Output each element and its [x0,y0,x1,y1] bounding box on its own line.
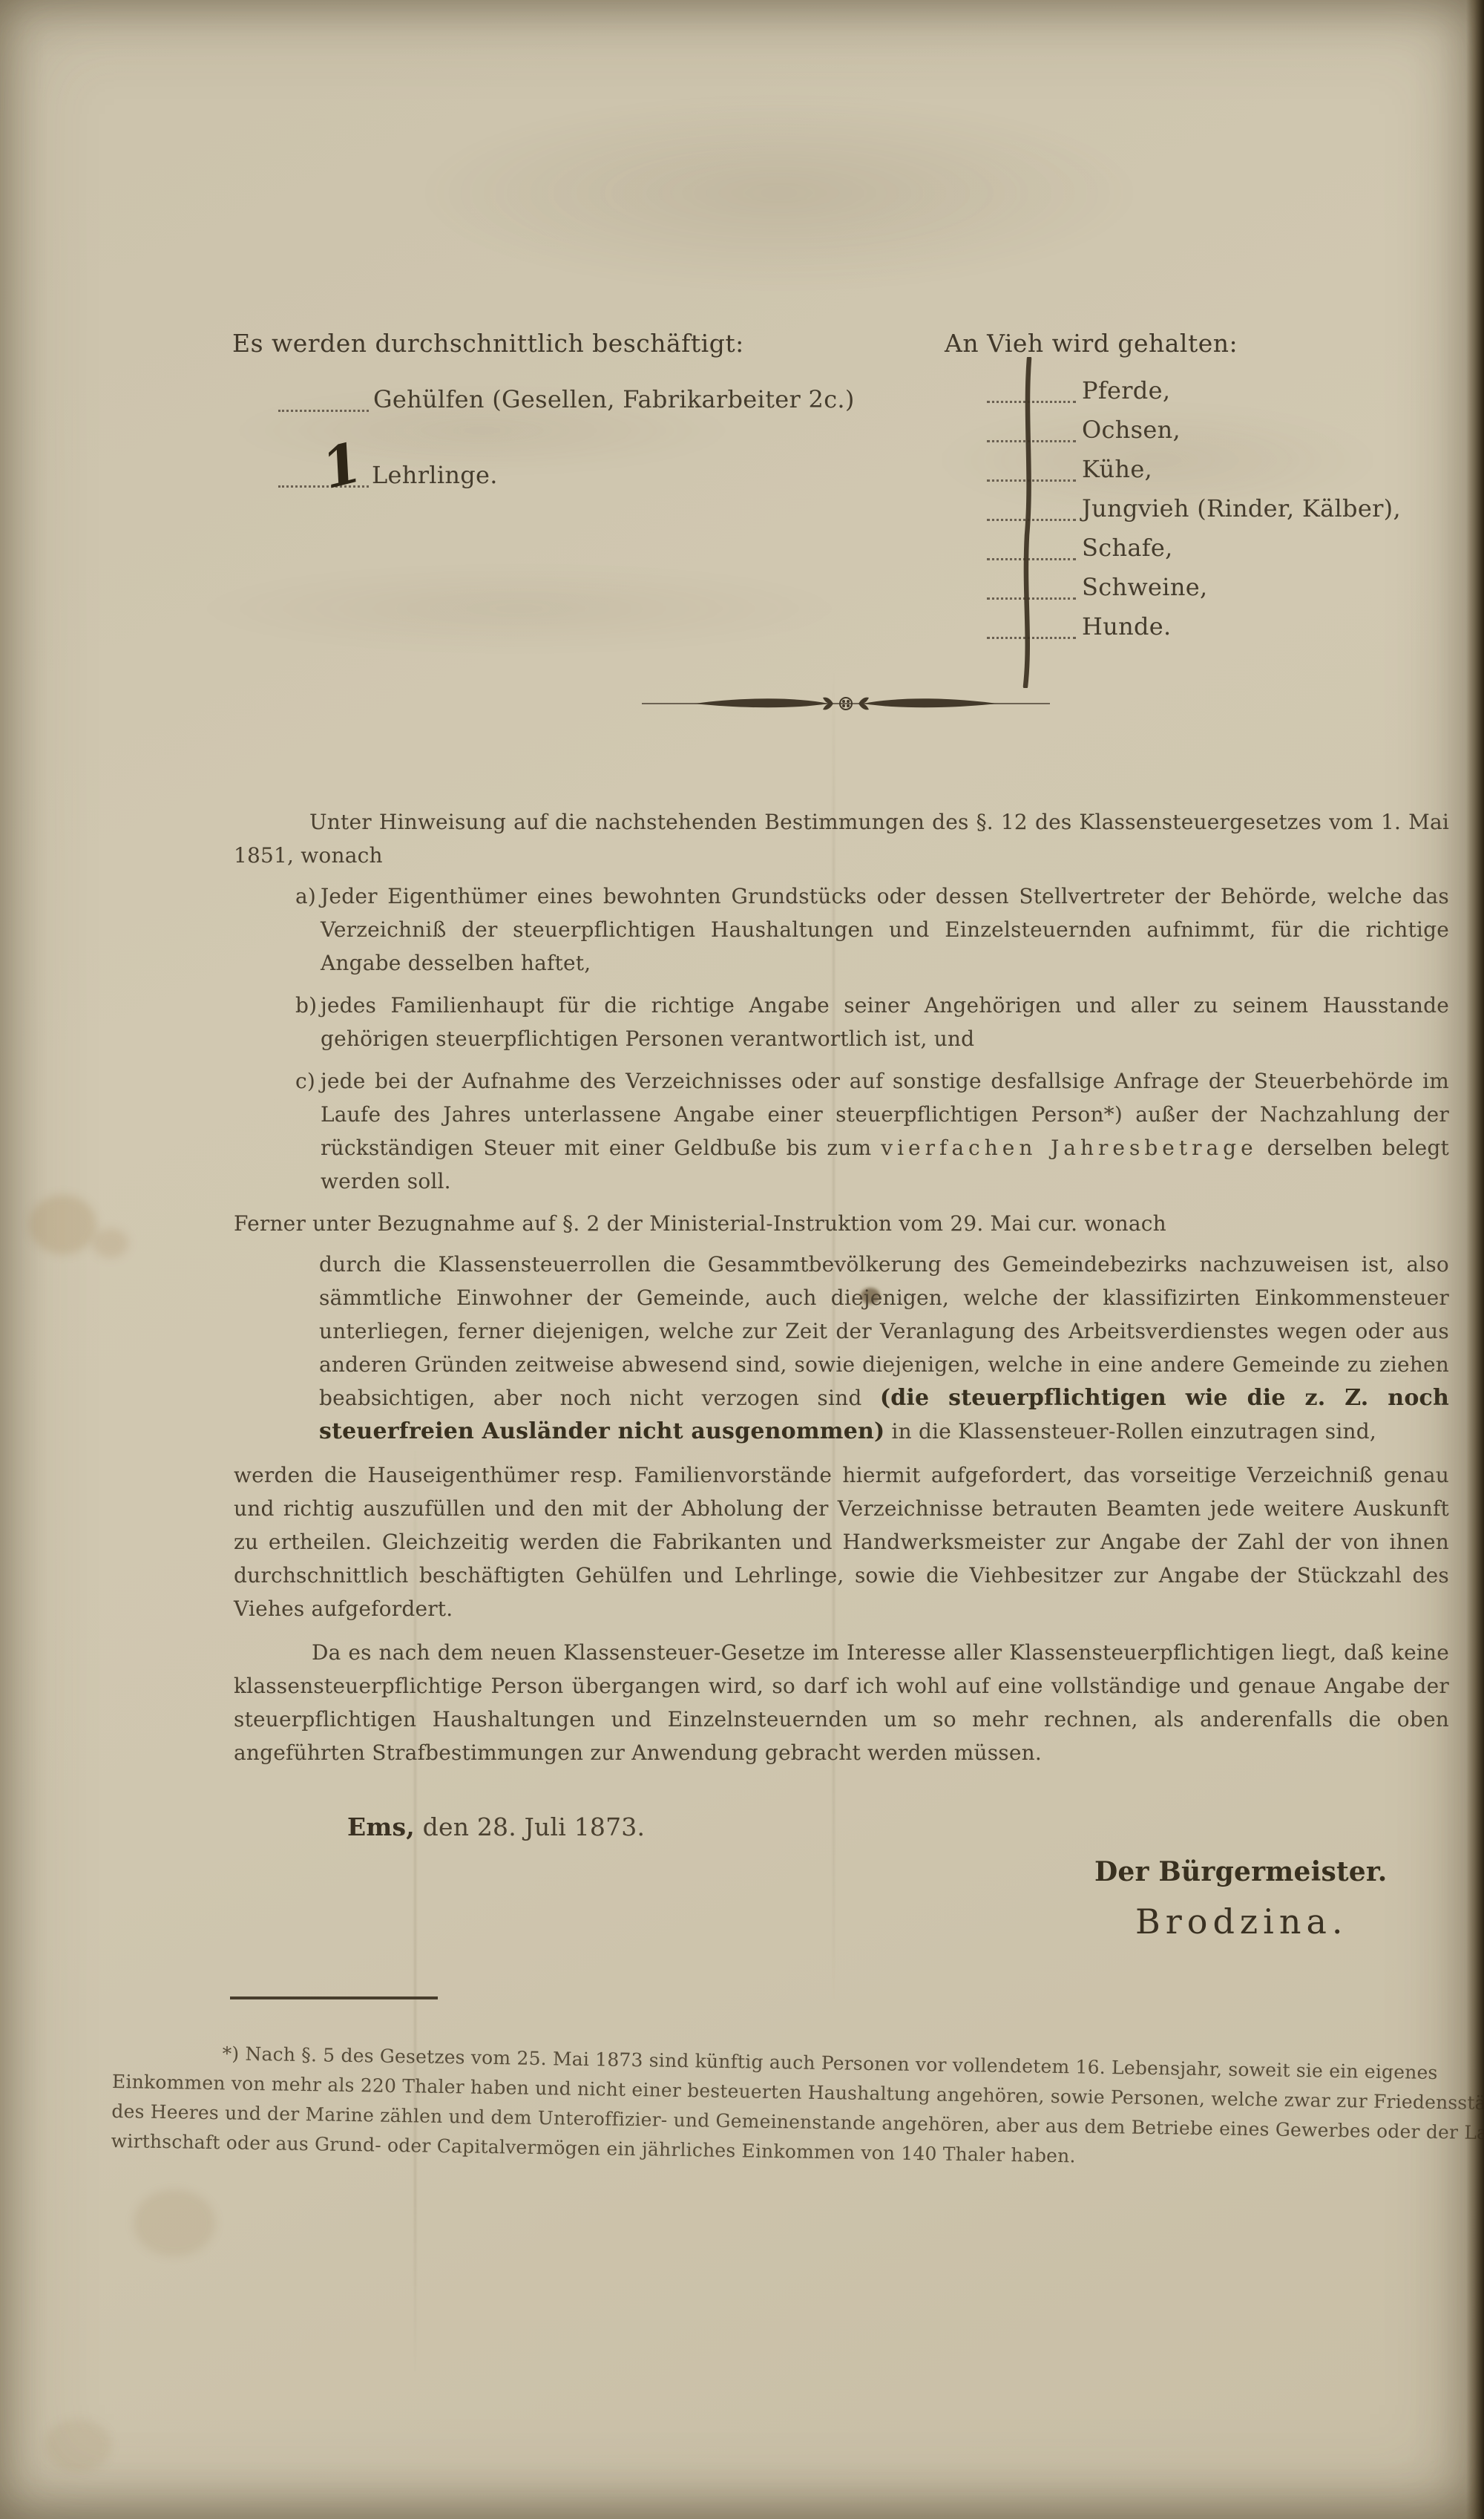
pen-stroke-mark [1013,357,1045,688]
page-edge-shadow [1466,0,1484,2519]
scanned-document-page: Es werden durchschnittlich beschäftigt: … [0,0,1484,2519]
dateline: Ems, den 28. Juli 1873. [347,1810,1449,1844]
bleedthrough-smudge [416,96,1143,289]
clause-c-marker: c) [295,1064,315,1098]
handwritten-count: 1 [317,435,367,497]
clause-a: a) Jeder Eigenthümer eines bewohnten Gru… [234,879,1449,980]
employment-heading: Es werden durchschnittlich beschäftigt: [232,329,900,358]
livestock-heading: An Vieh wird gehalten: [945,329,1464,358]
paper-stain [93,1228,128,1258]
divider-ornament [642,689,1050,718]
instruction-paragraph: durch die Klassensteuerrollen die Gesamm… [319,1248,1449,1448]
livestock-label: Jungvieh (Rinder, Kälber), [1082,494,1401,523]
clause-a-text: Jeder Eigenthümer eines bewohnten Grunds… [321,884,1449,975]
clause-b: b) jedes Familienhaupt für die richtige … [234,989,1449,1055]
intro-paragraph: Unter Hinweisung auf die nachstehenden B… [234,805,1449,872]
clause-c-emphasis: vierfachen Jahresbetrage [881,1136,1257,1160]
livestock-label: Schafe, [1082,534,1173,562]
footnote: *) Nach §. 5 des Gesetzes vom 25. Mai 18… [111,2037,1448,2177]
livestock-section: An Vieh wird gehalten: Pferde, Ochsen, K… [945,329,1464,685]
signature-name: Brodzina. [1135,1905,1449,1939]
livestock-label: Kühe, [1082,455,1152,483]
paper-stain [45,2420,111,2471]
dateline-date: den 28. Juli 1873. [415,1812,645,1841]
bleedthrough-smudge [185,564,853,653]
livestock-label: Pferde, [1082,376,1170,404]
dateline-place: Ems, [347,1812,415,1841]
main-text: Unter Hinweisung auf die nachstehenden B… [234,805,1449,1939]
employment-row-label: Gehülfen (Gesellen, Fabrikarbeiter 2c.) [373,385,855,413]
instruction-text-end: in die Klassensteuer-Rollen einzutragen … [884,1419,1376,1444]
paper-stain [30,1195,96,1254]
ferner-paragraph: Ferner unter Bezugnahme auf §. 2 der Min… [234,1207,1449,1240]
clause-a-marker: a) [295,879,316,913]
employment-row-gehuelfen: Gehülfen (Gesellen, Fabrikarbeiter 2c.) [232,379,900,416]
livestock-label: Ochsen, [1082,416,1181,444]
employment-row-label: Lehrlinge. [372,461,498,489]
livestock-label: Hunde. [1082,612,1172,641]
clause-b-text: jedes Familienhaupt für die richtige Ang… [321,993,1449,1051]
request-paragraph: werden die Hauseigenthümer resp. Familie… [234,1458,1449,1625]
employment-row-lehrlinge: 1 Lehrlinge. [232,449,900,494]
footnote-rule [230,1996,438,1999]
clause-c: c) jede bei der Aufnahme des Verzeichnis… [234,1064,1449,1198]
livestock-label: Schweine, [1082,573,1207,601]
handwritten-count [321,366,381,410]
employment-section: Es werden durchschnittlich beschäftigt: … [232,329,900,522]
paper-stain [134,2189,215,2256]
signature-title: Der Bürgermeister. [1094,1855,1449,1889]
clause-b-marker: b) [295,989,317,1022]
closing-paragraph: Da es nach dem neuen Klassensteuer-Geset… [234,1636,1449,1769]
